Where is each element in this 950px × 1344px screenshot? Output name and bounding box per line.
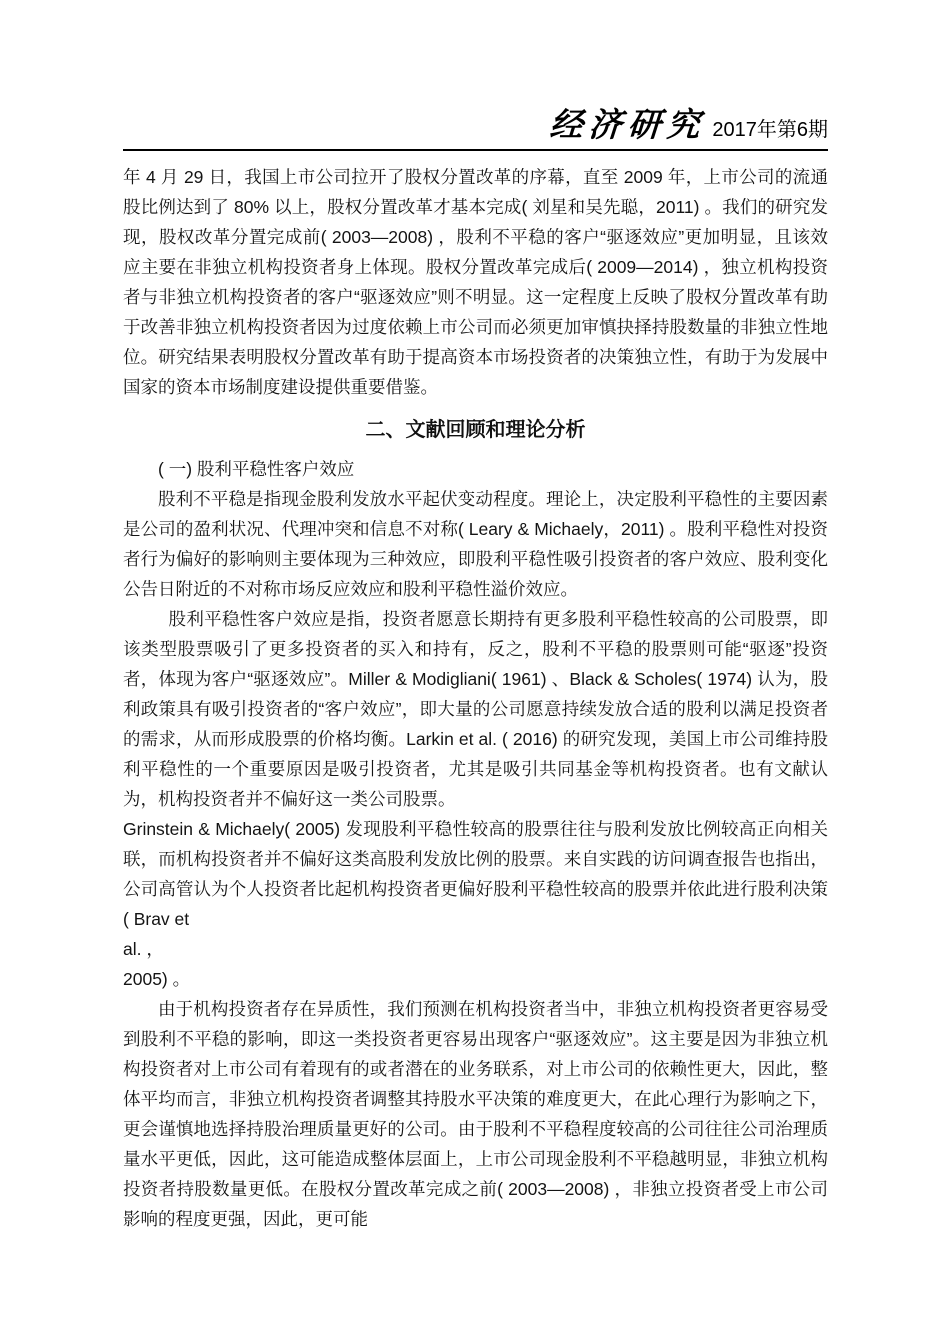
paragraph-grinstein-michaely: Grinstein & Michaely( 2005) 发现股利平稳性较高的股票… <box>123 814 828 994</box>
journal-page: 经济研究 2017年第6期 年 4 月 29 日，我国上市公司拉开了股权分置改革… <box>0 0 950 1344</box>
journal-logo: 经济研究 <box>548 99 707 146</box>
section-heading-literature-review: 二、文献回顾和理论分析 <box>123 414 828 446</box>
paragraph-dividend-definition: 股利不平稳是指现金股利发放水平起伏变动程度。理论上，决定股利平稳性的主要因素是公… <box>123 484 828 604</box>
text-column: 经济研究 2017年第6期 年 4 月 29 日，我国上市公司拉开了股权分置改革… <box>123 0 828 1234</box>
journal-header: 经济研究 2017年第6期 <box>123 99 828 151</box>
article-body: 年 4 月 29 日，我国上市公司拉开了股权分置改革的序幕，直至 2009 年，… <box>123 162 828 1234</box>
paragraph-intro-share-reform: 年 4 月 29 日，我国上市公司拉开了股权分置改革的序幕，直至 2009 年，… <box>123 162 828 402</box>
issue-label: 2017年第6期 <box>712 113 828 142</box>
subsection-heading-clientele-effect: ( 一) 股利平稳性客户效应 <box>123 454 828 484</box>
paragraph-clientele-effect-detail: 股利平稳性客户效应是指，投资者愿意长期持有更多股利平稳性较高的公司股票，即该类型… <box>123 604 828 814</box>
paragraph-investor-heterogeneity: 由于机构投资者存在异质性，我们预测在机构投资者当中，非独立机构投资者更容易受到股… <box>123 994 828 1234</box>
